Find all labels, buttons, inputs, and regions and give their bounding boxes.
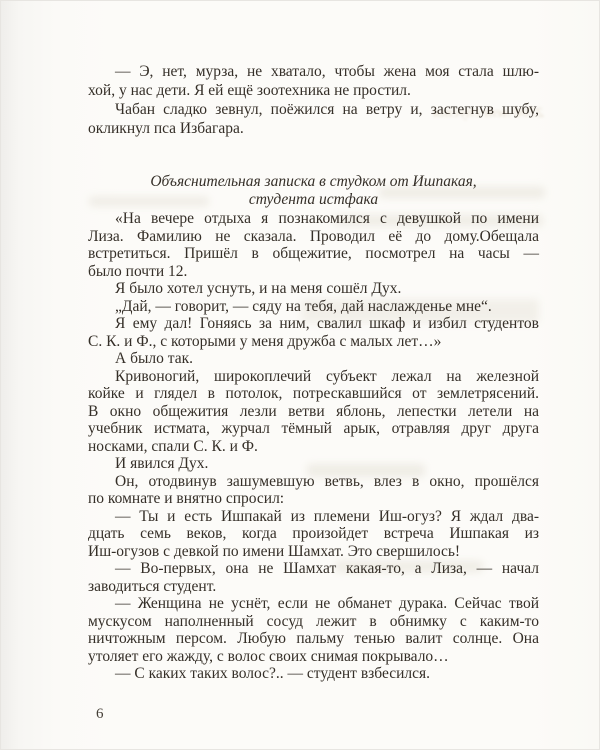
text-line: — Э, нет, мурза, не хватало, чтобы жена …	[88, 62, 539, 81]
text-line: А было так.	[88, 350, 539, 368]
text-line: койке и глядел в потолок, потрескавшийся…	[88, 385, 539, 403]
paragraph: И явился Дух.	[88, 455, 539, 473]
page-number: 6	[96, 706, 104, 723]
paragraph: «На вечере отдыха я познакомился с девуш…	[88, 210, 539, 280]
paragraph: — Женщина не уснёт, если не обманет дура…	[88, 595, 539, 665]
text-line: встретиться. Пришёл в общежитие, посмотр…	[88, 245, 539, 263]
heading-line: студента истфака	[88, 191, 539, 209]
text-line: хой, у нас дети. Я ей ещё зоотехника не …	[88, 81, 539, 100]
paragraph: — С каких таких волос?.. — студент взбес…	[88, 665, 539, 683]
text-line: дцать семь веков, когда произойдет встре…	[88, 525, 539, 543]
paragraph: — Э, нет, мурза, не хватало, чтобы жена …	[88, 62, 539, 100]
text-line: «На вечере отдыха я познакомился с девуш…	[88, 210, 539, 228]
text-line: — Ты и есть Ишпакай из племени Иш-огуз? …	[88, 508, 539, 526]
text-line: С. К. и Ф., с которыми у меня дружба с м…	[88, 333, 539, 351]
paragraph: Он, отодвинув зашумевшую ветвь, влез в о…	[88, 473, 539, 508]
section-heading: Объяснительная записка в студком от Ишпа…	[88, 173, 539, 209]
book-page: 2700 лет спустя — Э, нет, мурза, не хват…	[0, 0, 600, 750]
text-line: Я ему дал! Гоняясь за ним, свалил шкаф и…	[88, 315, 539, 333]
paragraph: Я было хотел уснуть, и на меня сошёл Дух…	[88, 280, 539, 298]
paragraph: Чабан сладко зевнул, поёжился на ветру и…	[88, 100, 539, 138]
text-line: носками, спали С. К. и Ф.	[88, 438, 539, 456]
text-line: учебник истмата, журчал тёмный арык, отр…	[88, 420, 539, 438]
text-line: Чабан сладко зевнул, поёжился на ветру и…	[88, 100, 539, 119]
paragraph: Я ему дал! Гоняясь за ним, свалил шкаф и…	[88, 315, 539, 350]
text-line: окликнул пса Избагара.	[88, 119, 539, 138]
text-line: „Дай, — говорит, — сяду на тебя, дай нас…	[88, 298, 539, 316]
text-line: ничтожным персом. Любую пальму тенью вал…	[88, 630, 539, 648]
paragraph: А было так.	[88, 350, 539, 368]
heading-line: Объяснительная записка в студком от Ишпа…	[88, 173, 539, 191]
text-line: И явился Дух.	[88, 455, 539, 473]
paragraph: — Ты и есть Ишпакай из племени Иш-огуз? …	[88, 508, 539, 561]
text-line: Он, отодвинув зашумевшую ветвь, влез в о…	[88, 473, 539, 491]
text-block: — Э, нет, мурза, не хватало, чтобы жена …	[88, 62, 539, 683]
paragraph: Кривоногий, широкоплечий субъект лежал н…	[88, 368, 539, 456]
text-line: было почти 12.	[88, 263, 539, 281]
paragraph: — Во-первых, она не Шамхат какая-то, а Л…	[88, 560, 539, 595]
text-line: Кривоногий, широкоплечий субъект лежал н…	[88, 368, 539, 386]
narrative-paragraphs: — Э, нет, мурза, не хватало, чтобы жена …	[88, 62, 539, 138]
text-line: — Во-первых, она не Шамхат какая-то, а Л…	[88, 560, 539, 578]
text-line: — Женщина не уснёт, если не обманет дура…	[88, 595, 539, 613]
text-line: Иш-огузов с девкой по имени Шамхат. Это …	[88, 543, 539, 561]
text-line: В окно общежития лезли ветви яблонь, леп…	[88, 403, 539, 421]
text-line: по комнате и внятно спросил:	[88, 490, 539, 508]
paragraph: „Дай, — говорит, — сяду на тебя, дай нас…	[88, 298, 539, 316]
text-line: заводиться студент.	[88, 578, 539, 596]
text-line: утоляет его жажду, с волос своих снимая …	[88, 648, 539, 666]
text-line: Лиза. Фамилию не сказала. Проводил её до…	[88, 228, 539, 246]
text-line: Я было хотел уснуть, и на меня сошёл Дух…	[88, 280, 539, 298]
body-paragraphs: «На вечере отдыха я познакомился с девуш…	[88, 210, 539, 683]
text-line: мускусом наполненный сосуд лежит в обним…	[88, 613, 539, 631]
text-line: — С каких таких волос?.. — студент взбес…	[88, 665, 539, 683]
